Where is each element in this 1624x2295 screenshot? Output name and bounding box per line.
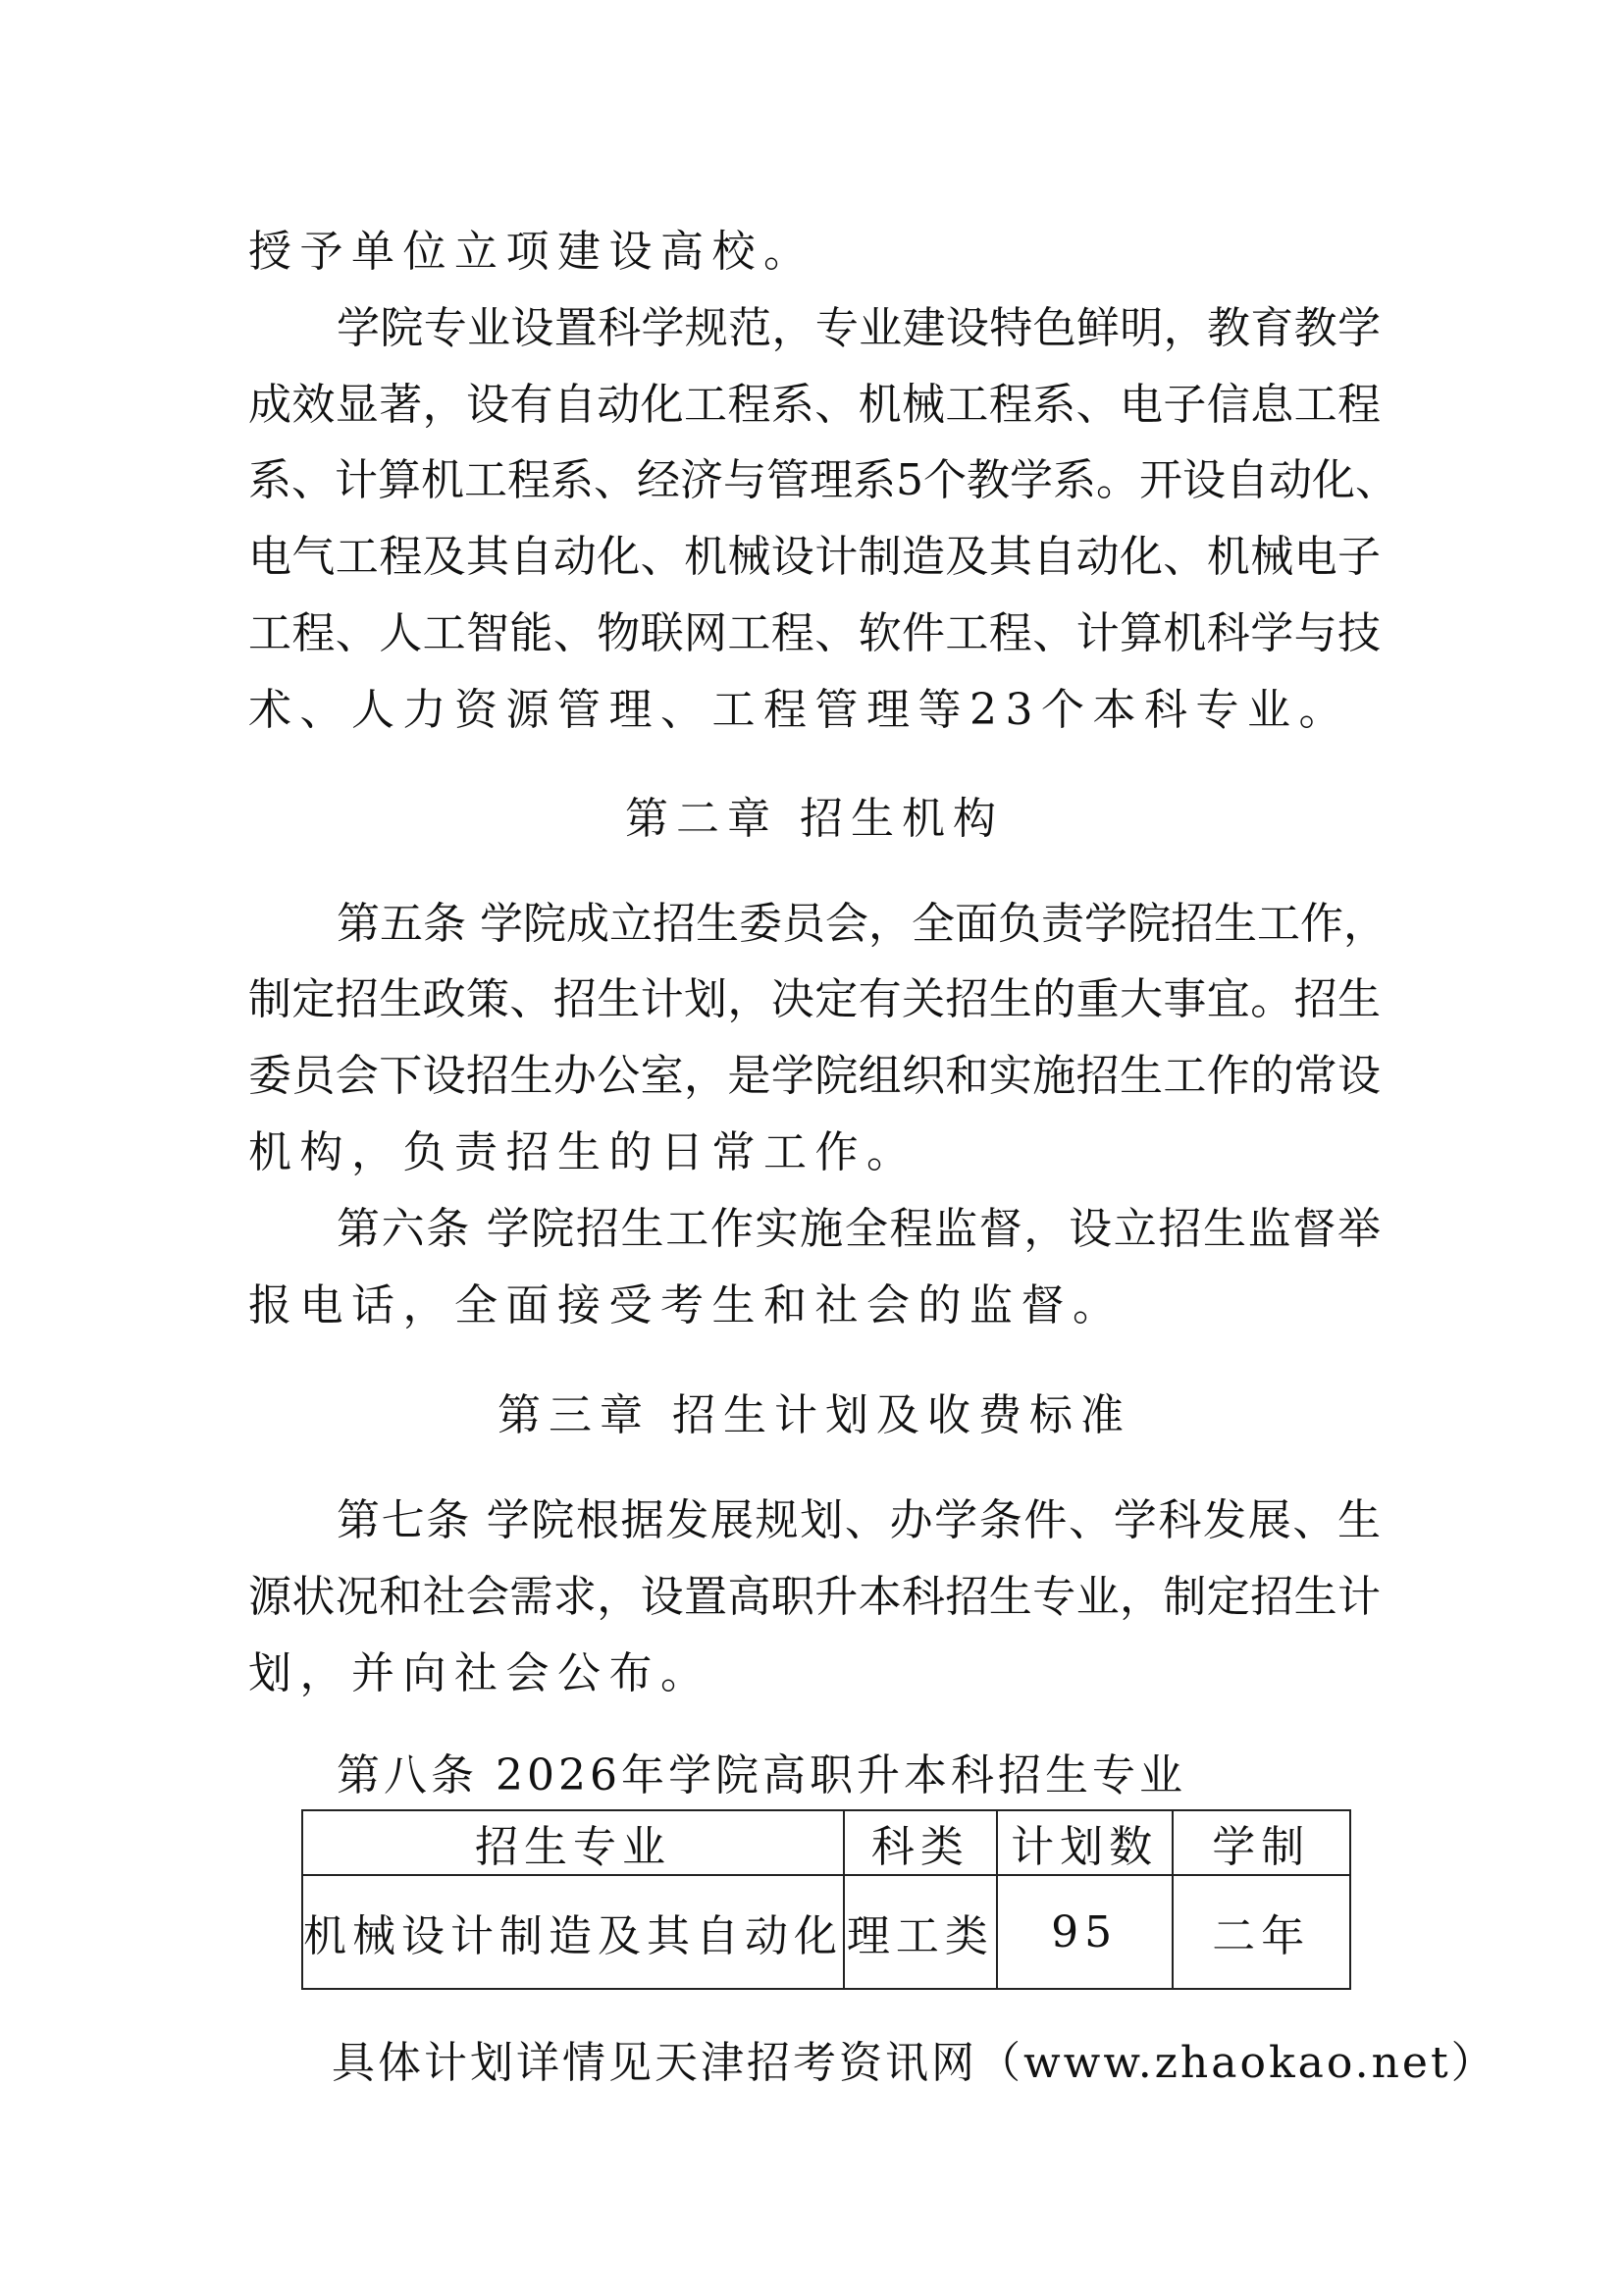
paragraph-line: 成效显著，设有自动化工程系、机械工程系、电子信息工程: [248, 376, 1381, 435]
paragraph-line: 电气工程及其自动化、机械设计制造及其自动化、机械电子: [248, 528, 1381, 587]
footer-reference-line: 具体计划详情见天津招考资讯网（www.zhaokao.net）: [332, 2034, 1391, 2093]
chapter-heading: 第二章 招生机构: [248, 790, 1381, 849]
paragraph-line: 术、人力资源管理、工程管理等23个本科专业。: [248, 681, 1381, 740]
table-header-row: 招生专业 科类 计划数 学制: [302, 1810, 1350, 1875]
paragraph-line: 学院专业设置科学规范，专业建设特色鲜明，教育教学: [337, 299, 1381, 358]
article-line: 第五条 学院成立招生委员会，全面负责学院招生工作，: [337, 895, 1381, 954]
article-line: 划，并向社会公布。: [248, 1644, 1381, 1703]
document-page: 授予单位立项建设高校。 学院专业设置科学规范，专业建设特色鲜明，教育教学 成效显…: [0, 0, 1624, 2295]
chapter-heading: 第三章 招生计划及收费标准: [248, 1386, 1381, 1445]
cell-category: 理工类: [844, 1875, 997, 1989]
header-major: 招生专业: [302, 1810, 844, 1875]
enrollment-plan-table: 招生专业 科类 计划数 学制 机械设计制造及其自动化 理工类 95 二年: [301, 1809, 1351, 1990]
cell-duration: 二年: [1173, 1875, 1350, 1989]
article-line: 机构，负责招生的日常工作。: [248, 1123, 1381, 1182]
cell-plan-count: 95: [997, 1875, 1173, 1989]
article-line: 源状况和社会需求，设置高职升本科招生专业，制定招生计: [248, 1568, 1381, 1627]
article-line: 制定招生政策、招生计划，决定有关招生的重大事宜。招生: [248, 970, 1381, 1029]
cell-major: 机械设计制造及其自动化: [302, 1875, 844, 1989]
paragraph-line: 系、计算机工程系、经济与管理系5个教学系。开设自动化、: [248, 451, 1381, 510]
header-plan-count: 计划数: [997, 1810, 1173, 1875]
paragraph-line: 工程、人工智能、物联网工程、软件工程、计算机科学与技: [248, 604, 1381, 663]
article-line: 第七条 学院根据发展规划、办学条件、学科发展、生: [337, 1491, 1381, 1550]
article8-heading: 第八条 2026年学院高职升本科招生专业: [337, 1747, 1381, 1805]
table-row: 机械设计制造及其自动化 理工类 95 二年: [302, 1875, 1350, 1989]
header-category: 科类: [844, 1810, 997, 1875]
article-line: 第六条 学院招生工作实施全程监督，设立招生监督举: [337, 1200, 1381, 1259]
paragraph-line: 授予单位立项建设高校。: [248, 223, 1381, 282]
article-line: 委员会下设招生办公室，是学院组织和实施招生工作的常设: [248, 1047, 1381, 1106]
article-line: 报电话，全面接受考生和社会的监督。: [248, 1277, 1381, 1335]
header-duration: 学制: [1173, 1810, 1350, 1875]
